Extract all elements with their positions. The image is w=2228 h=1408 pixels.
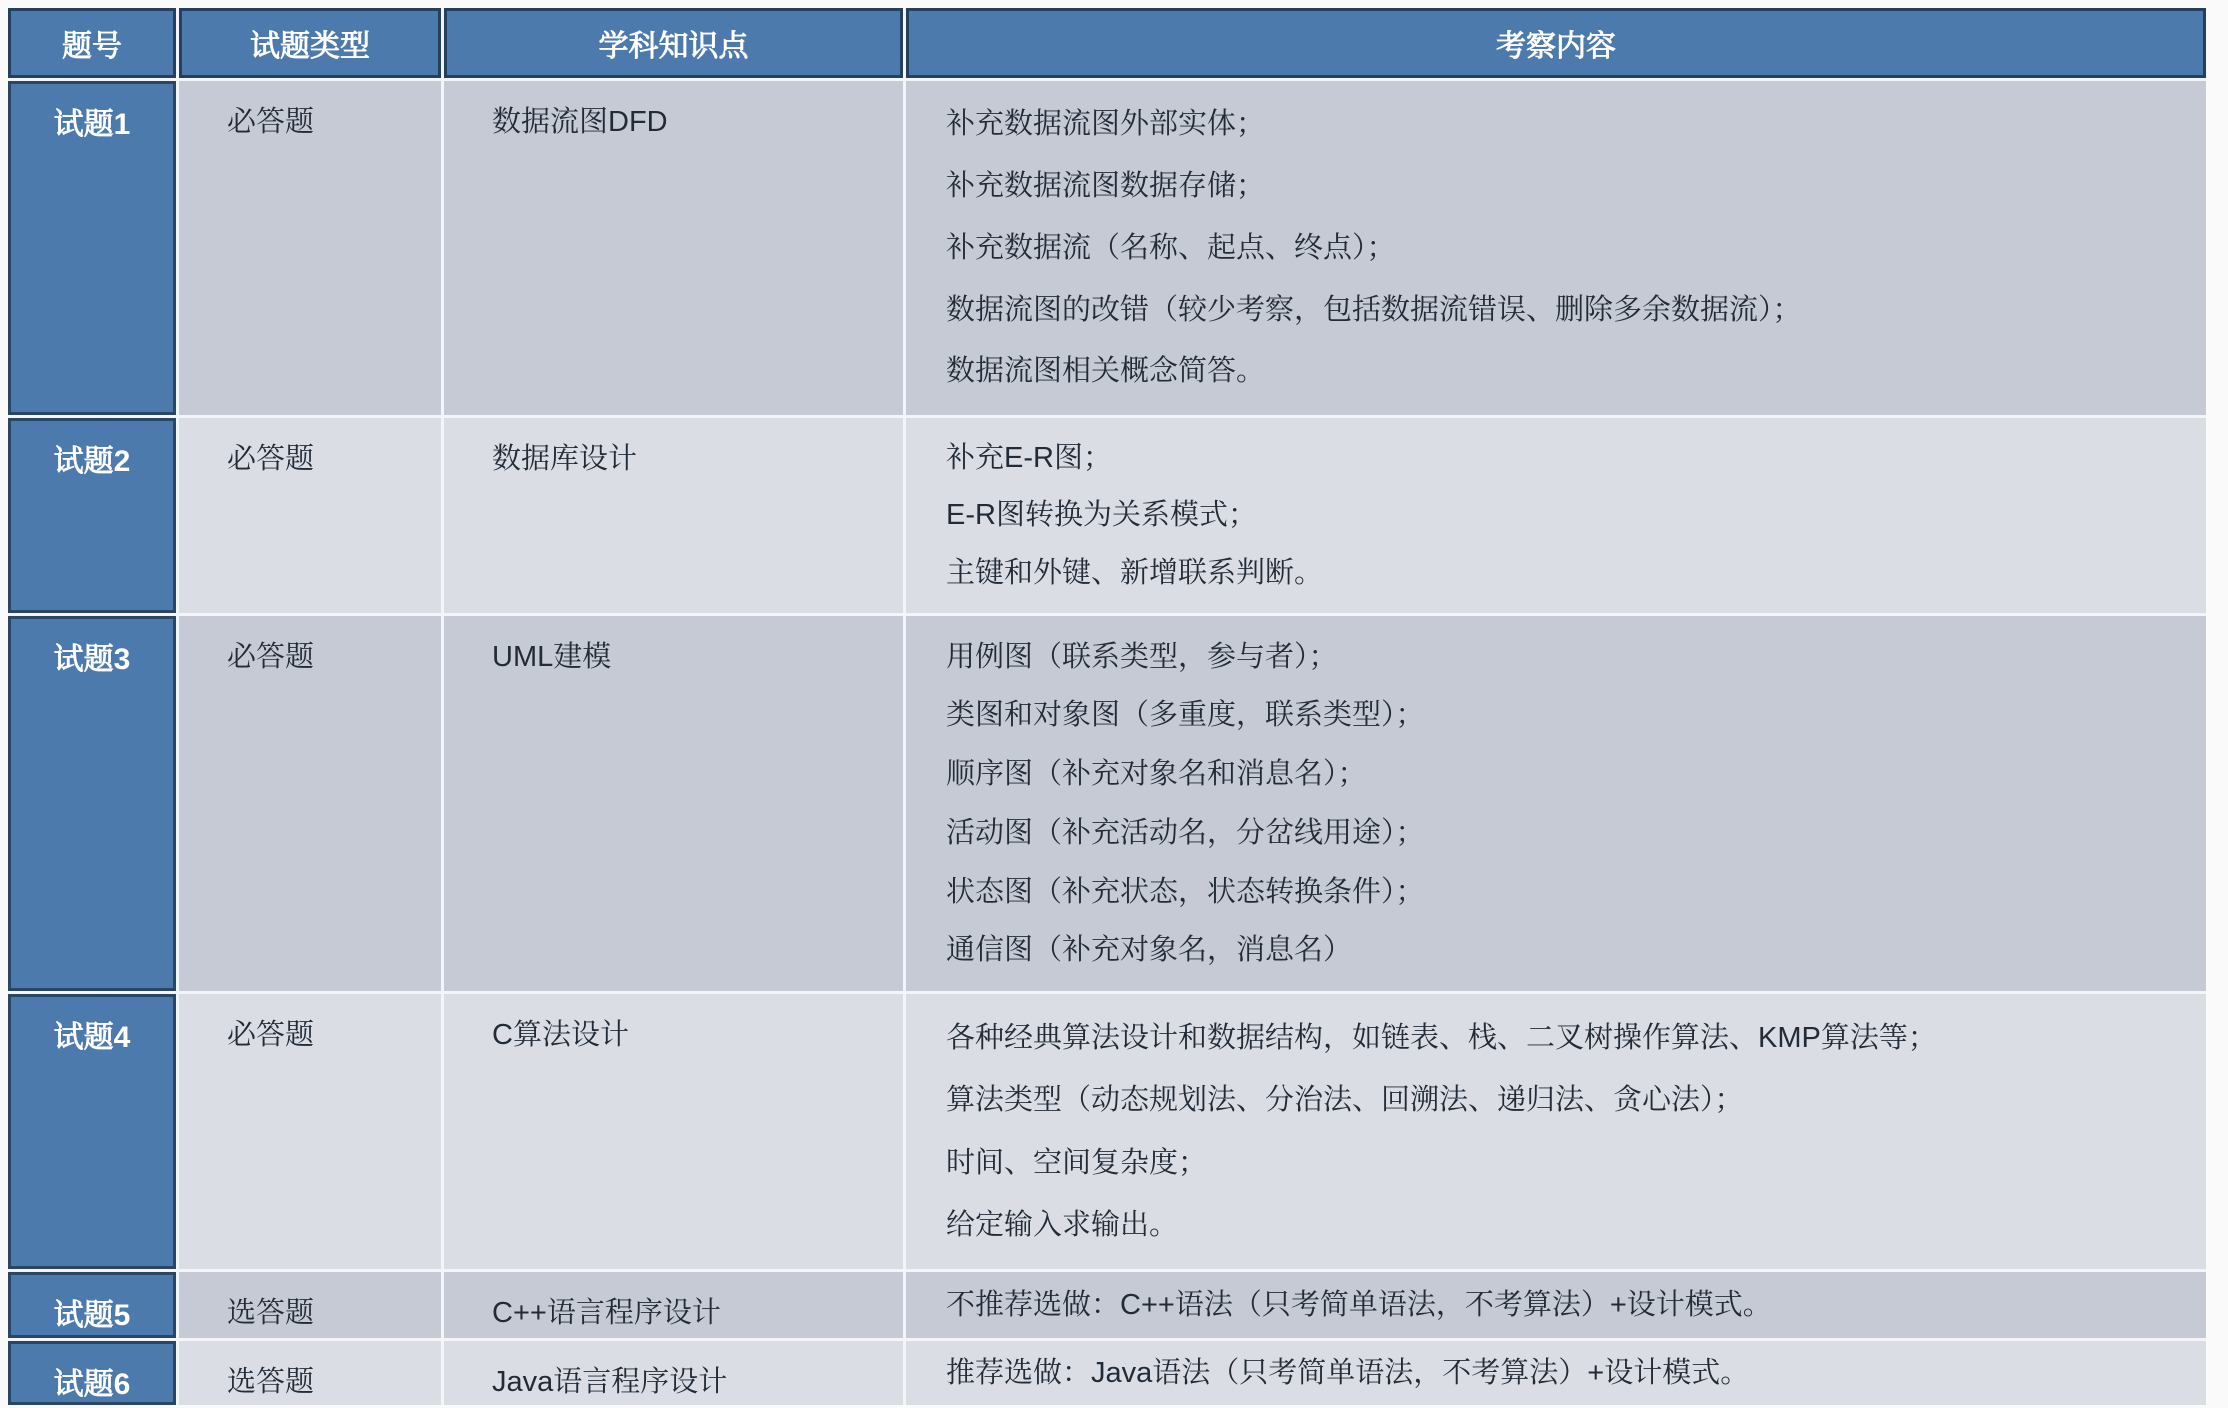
content-line: 用例图（联系类型，参与者）；	[946, 639, 2182, 675]
content-line: 各种经典算法设计和数据结构，如链表、栈、二叉树操作算法、KMP算法等；	[946, 1020, 2182, 1056]
content-line: 算法类型（动态规划法、分治法、回溯法、递归法、贪心法）；	[946, 1082, 2182, 1118]
content-line: 通信图（补充对象名，消息名）	[946, 932, 2182, 968]
exam-content-cell: 推荐选做：Java语法（只考简单语法，不考算法）+设计模式。	[906, 1341, 2206, 1405]
question-type-cell: 必答题	[179, 418, 441, 613]
question-number-cell: 试题6	[8, 1341, 176, 1405]
question-number-cell: 试题1	[8, 81, 176, 415]
content-line: 数据流图的改错（较少考察，包括数据流错误、删除多余数据流）；	[946, 292, 2182, 328]
header-cell-knowledge-point: 学科知识点	[444, 8, 903, 78]
exam-content-cell: 补充E-R图； E-R图转换为关系模式； 主键和外键、新增联系判断。	[906, 418, 2206, 613]
exam-content-cell: 补充数据流图外部实体； 补充数据流图数据存储； 补充数据流（名称、起点、终点）；…	[906, 81, 2206, 415]
knowledge-point-cell: Java语言程序设计	[444, 1341, 903, 1405]
content-line: 数据流图相关概念简答。	[946, 353, 2182, 389]
content-line: 不推荐选做：C++语法（只考简单语法，不考算法）+设计模式。	[946, 1287, 2182, 1323]
content-line: 类图和对象图（多重度，联系类型）；	[946, 697, 2182, 733]
question-type-cell: 选答题	[179, 1341, 441, 1405]
exam-topics-table: 题号 试题类型 学科知识点 考察内容 试题1 必答题 数据流图DFD 补充数据流…	[8, 8, 2206, 1405]
knowledge-point-cell: 数据流图DFD	[444, 81, 903, 415]
header-cell-exam-content: 考察内容	[906, 8, 2206, 78]
content-line: 时间、空间复杂度；	[946, 1145, 2182, 1181]
content-line: 补充E-R图；	[946, 440, 2182, 476]
question-number-cell: 试题5	[8, 1272, 176, 1338]
content-line: 补充数据流（名称、起点、终点）；	[946, 230, 2182, 266]
question-number-cell: 试题3	[8, 616, 176, 991]
exam-content-cell: 各种经典算法设计和数据结构，如链表、栈、二叉树操作算法、KMP算法等； 算法类型…	[906, 994, 2206, 1269]
content-line: 补充数据流图外部实体；	[946, 106, 2182, 142]
exam-content-cell: 不推荐选做：C++语法（只考简单语法，不考算法）+设计模式。	[906, 1272, 2206, 1338]
exam-content-cell: 用例图（联系类型，参与者）； 类图和对象图（多重度，联系类型）； 顺序图（补充对…	[906, 616, 2206, 991]
content-line: 状态图（补充状态，状态转换条件）；	[946, 874, 2182, 910]
question-type-cell: 必答题	[179, 994, 441, 1269]
question-number-cell: 试题4	[8, 994, 176, 1269]
question-type-cell: 必答题	[179, 81, 441, 415]
question-type-cell: 选答题	[179, 1272, 441, 1338]
content-line: 顺序图（补充对象名和消息名）；	[946, 756, 2182, 792]
knowledge-point-cell: C算法设计	[444, 994, 903, 1269]
knowledge-point-cell: 数据库设计	[444, 418, 903, 613]
content-line: 活动图（补充活动名，分岔线用途）；	[946, 815, 2182, 851]
knowledge-point-cell: C++语言程序设计	[444, 1272, 903, 1338]
question-type-cell: 必答题	[179, 616, 441, 991]
content-line: 推荐选做：Java语法（只考简单语法，不考算法）+设计模式。	[946, 1355, 2182, 1391]
exam-overview-page: 题号 试题类型 学科知识点 考察内容 试题1 必答题 数据流图DFD 补充数据流…	[0, 0, 2228, 1408]
knowledge-point-cell: UML建模	[444, 616, 903, 991]
content-line: 补充数据流图数据存储；	[946, 168, 2182, 204]
header-cell-question-no: 题号	[8, 8, 176, 78]
question-number-cell: 试题2	[8, 418, 176, 613]
content-line: 主键和外键、新增联系判断。	[946, 555, 2182, 591]
header-cell-question-type: 试题类型	[179, 8, 441, 78]
content-line: 给定输入求输出。	[946, 1207, 2182, 1243]
content-line: E-R图转换为关系模式；	[946, 497, 2182, 533]
